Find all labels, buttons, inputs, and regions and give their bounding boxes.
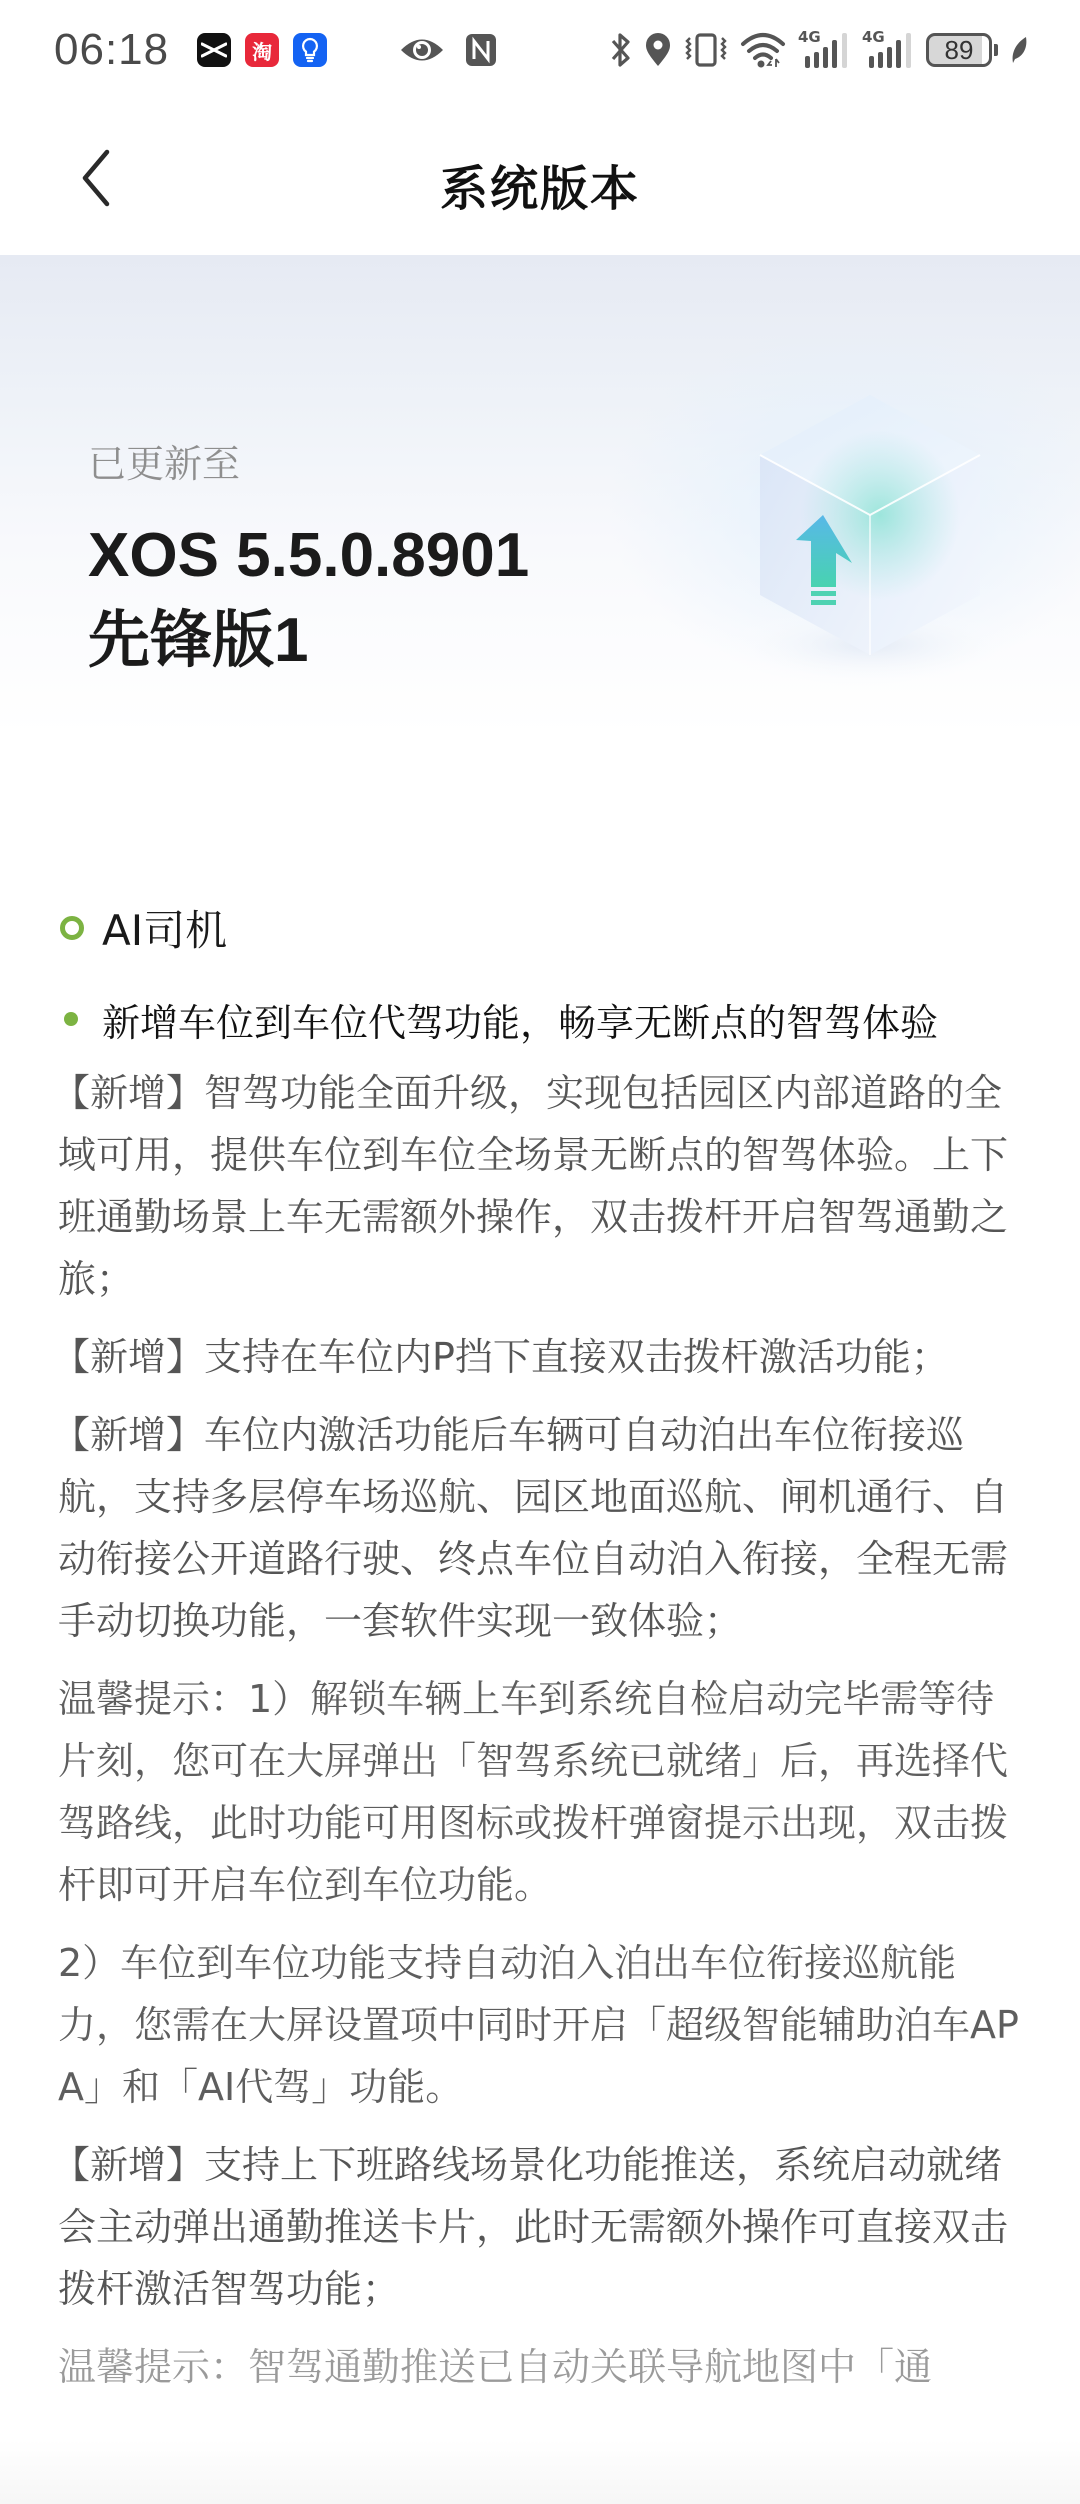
note-paragraph: 【新增】智驾功能全面升级，实现包括园区内部道路的全域可用，提供车位到车位全场景无… [58, 1062, 1022, 1310]
version-number: XOS 5.5.0.8901 [88, 513, 529, 598]
updated-to-label: 已更新至 [88, 433, 240, 488]
version-name: XOS 5.5.0.8901 先锋版1 [88, 513, 529, 683]
note-paragraph: 【新增】车位内激活功能后车辆可自动泊出车位衔接巡航，支持多层停车场巡航、园区地面… [58, 1404, 1022, 1652]
nfc-icon [465, 33, 497, 67]
lightbulb-app-icon [293, 33, 327, 67]
eye-comfort-icon [399, 35, 445, 65]
battery-tip [994, 44, 998, 56]
feature-bullet: 新增车位到车位代驾功能，畅享无断点的智驾体验 [58, 976, 1022, 1062]
taobao-app-icon: 淘 [245, 33, 279, 67]
battery-level: 89 [926, 33, 992, 67]
bottom-fade [0, 2440, 1080, 2504]
tip-paragraph: 2）车位到车位功能支持自动泊入泊出车位衔接巡航能力，您需在大屏设置项中同时开启「… [58, 1932, 1022, 2118]
section-ring-icon [60, 916, 84, 940]
note-paragraph: 【新增】支持在车位内P挡下直接双击拨杆激活功能； [58, 1326, 1022, 1388]
status-left: 06:18 淘 [54, 25, 327, 75]
tip-paragraph: 温馨提示：智驾通勤推送已自动关联导航地图中「通 [58, 2336, 1022, 2398]
bullet-dot-icon [64, 1012, 78, 1026]
status-time: 06:18 [54, 25, 169, 75]
status-right: 4G 4G 89 [610, 30, 1028, 70]
signal-4g-sim2-icon: 4G [862, 30, 914, 70]
bluetooth-icon [610, 32, 632, 68]
release-notes: AI司机 新增车位到车位代驾功能，畅享无断点的智驾体验 【新增】智驾功能全面升级… [0, 880, 1080, 2414]
vibrate-icon [684, 32, 728, 68]
section-title: AI司机 [102, 898, 227, 958]
feature-title: 新增车位到车位代驾功能，畅享无断点的智驾体验 [102, 992, 938, 1047]
nav-bar: 系统版本 [0, 100, 1080, 255]
signal-4g-sim1-icon: 4G [798, 30, 850, 70]
wifi-icon [740, 32, 786, 68]
xpeng-app-icon [197, 33, 231, 67]
status-bar: 06:18 淘 4G 4G [0, 0, 1080, 100]
upgrade-cube-icon [710, 355, 1020, 685]
section-header: AI司机 [58, 880, 1022, 976]
note-paragraph: 【新增】支持上下班路线场景化功能推送，系统启动就绪会主动弹出通勤推送卡片，此时无… [58, 2134, 1022, 2320]
battery-icon: 89 [926, 33, 998, 67]
version-hero: 已更新至 XOS 5.5.0.8901 先锋版1 [0, 255, 1080, 735]
status-mid [399, 33, 497, 67]
version-edition: 先锋版1 [88, 598, 529, 683]
tip-paragraph: 温馨提示：1）解锁车辆上车到系统自检启动完毕需等待片刻，您可在大屏弹出「智驾系统… [58, 1668, 1022, 1916]
eco-leaf-icon [1010, 35, 1028, 65]
page-title: 系统版本 [0, 150, 1080, 219]
location-icon [644, 32, 672, 68]
